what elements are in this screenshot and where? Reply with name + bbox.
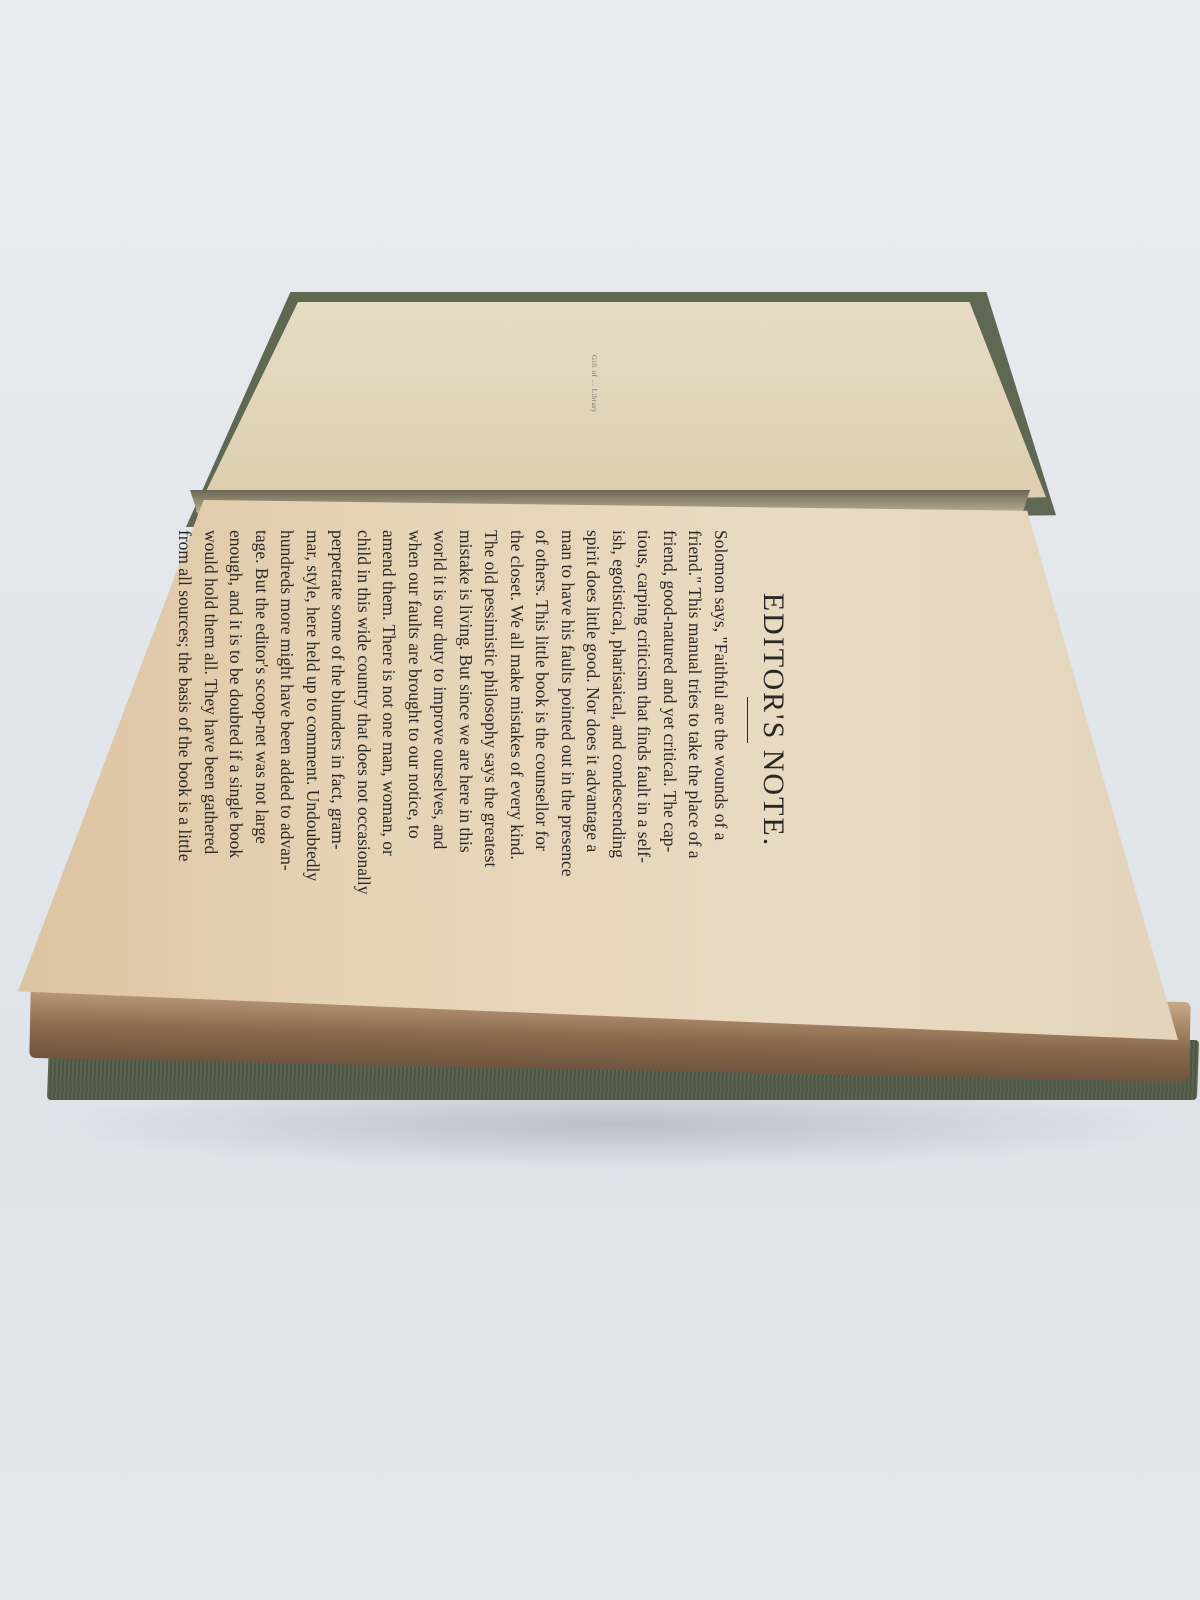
text-line: amend them. There is not one man, woman,… [376, 530, 402, 910]
flyleaf-page [196, 302, 1046, 512]
text-line: friend." This manual tries to take the p… [682, 530, 708, 910]
page-text-rotated: EDITOR'S NOTE. Solomon says, "Faithful a… [172, 530, 790, 910]
flyleaf-stamp: Gift of ... Library [590, 355, 598, 413]
text-line: world it is our duty to improve ourselve… [427, 530, 453, 910]
text-line: of others. This little book is the couns… [529, 530, 555, 910]
text-line: hundreds more might have been added to a… [274, 530, 300, 910]
text-line: would hold them all. They have been gath… [198, 530, 224, 910]
text-line: Solomon says, "Faithful are the wounds o… [708, 530, 734, 910]
text-line: ish, egotistical, pharisaical, and conde… [606, 530, 632, 910]
title-rule [747, 697, 748, 743]
text-line: the closet. We all make mistakes of ever… [504, 530, 530, 910]
text-line: tious, carping criticism that finds faul… [631, 530, 657, 910]
text-line: enough, and it is to be doubted if a sin… [223, 530, 249, 910]
page-text-block: EDITOR'S NOTE. Solomon says, "Faithful a… [235, 530, 835, 910]
page-body: Solomon says, "Faithful are the wounds o… [172, 530, 733, 910]
text-line: when our faults are brought to our notic… [402, 530, 428, 910]
text-line: friend, good-natured and yet critical. T… [657, 530, 683, 910]
text-line: spirit does little good. Nor does it adv… [580, 530, 606, 910]
page-title: EDITOR'S NOTE. [756, 530, 790, 910]
text-line: mar, style, here held up to comment. Und… [300, 530, 326, 910]
text-line: The old pessimistic philosophy says the … [478, 530, 504, 910]
text-line: child in this wide country that does not… [351, 530, 377, 910]
text-line: tage. But the editor's scoop-net was not… [249, 530, 275, 910]
text-line: from all sources; the basis of the book … [172, 530, 198, 910]
text-line: mistake is living. But since we are here… [453, 530, 479, 910]
text-line: perpetrate some of the blunders in fact,… [325, 530, 351, 910]
photo-scene: Gift of ... Library EDITOR'S NOTE. Solom… [0, 0, 1200, 1600]
text-line: man to have his faults pointed out in th… [555, 530, 581, 910]
